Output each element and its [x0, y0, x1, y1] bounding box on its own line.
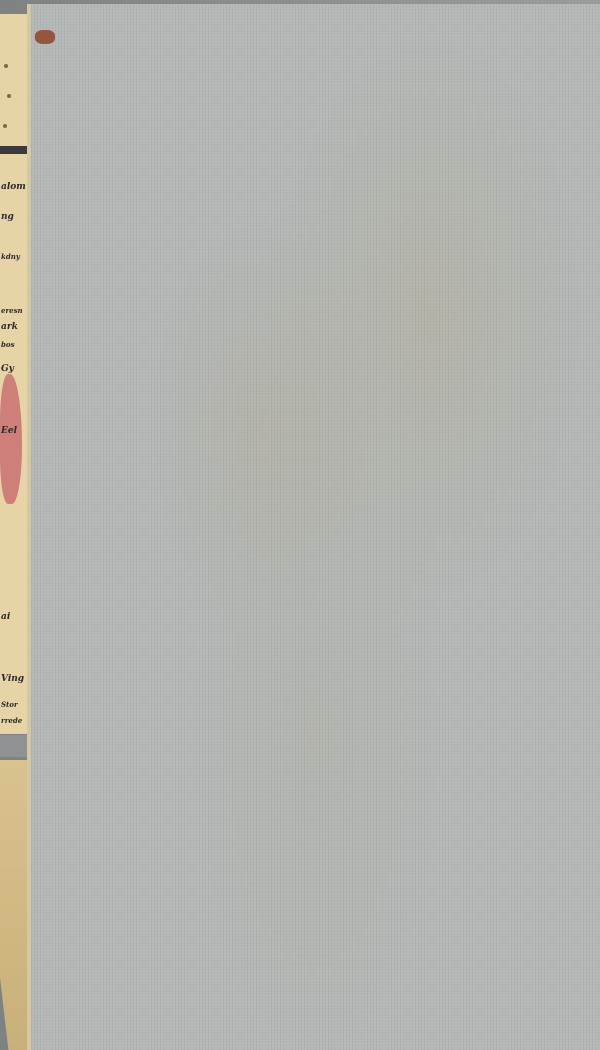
map-label: bos	[1, 340, 15, 349]
map-label: eresn	[1, 306, 23, 315]
map-edge-strip: alom ng kdny eresn ark bos Gy Eel ai Vin…	[0, 14, 30, 734]
map-region-pink	[0, 374, 22, 504]
rust-stain	[35, 30, 55, 44]
cloth-cover	[31, 4, 600, 1050]
map-border-band	[0, 146, 30, 154]
map-label: kdny	[1, 252, 20, 261]
map-label: alom	[1, 182, 26, 192]
map-label: Eel	[1, 426, 17, 436]
map-label: Ving	[1, 674, 24, 684]
lower-paper-edge	[0, 760, 28, 1050]
grey-band	[0, 735, 30, 757]
map-dot	[7, 94, 11, 98]
map-label: ai	[1, 612, 10, 622]
map-label: rrede	[1, 716, 22, 725]
map-label: Stor	[1, 700, 18, 709]
map-label: Gy	[1, 364, 14, 374]
map-dot	[3, 124, 7, 128]
map-dot	[4, 64, 8, 68]
map-label: ng	[1, 212, 14, 222]
map-label: ark	[1, 322, 18, 332]
